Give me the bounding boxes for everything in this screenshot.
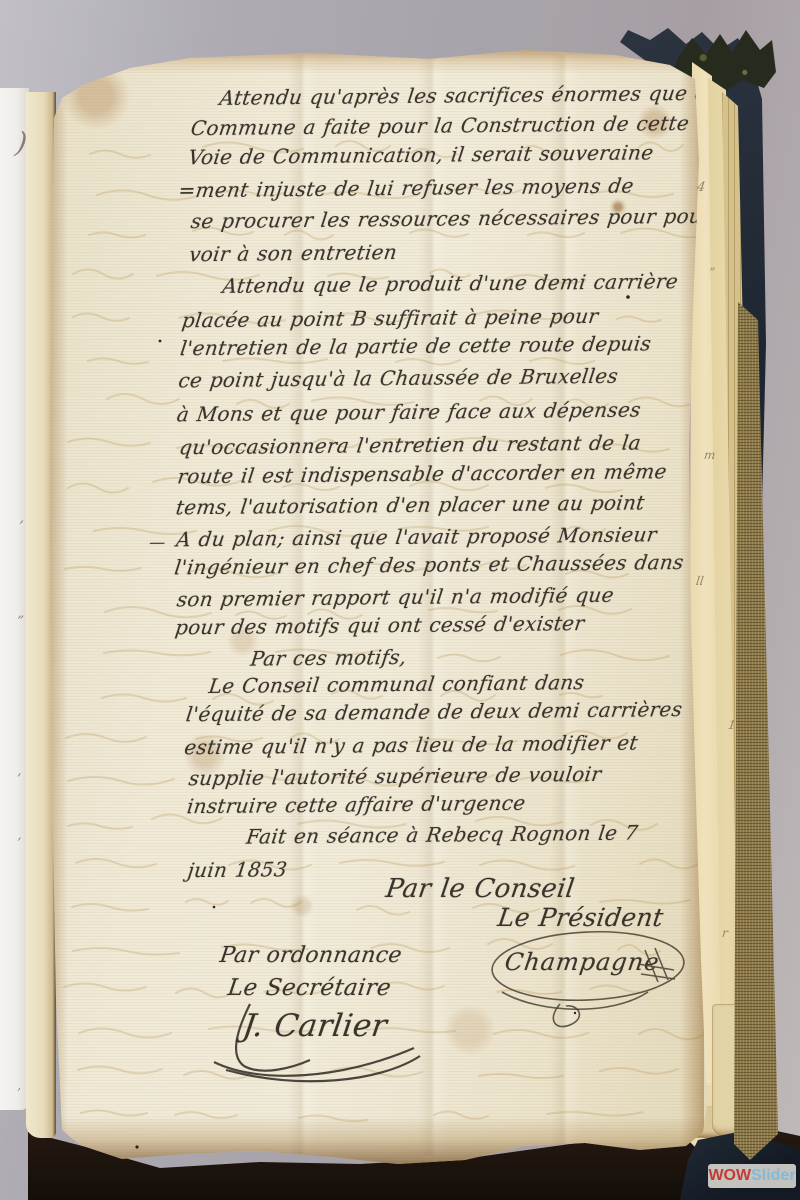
manuscript-line: se procurer les ressources nécessaires p… (189, 204, 713, 233)
watermark-wow-text: WOW (708, 1167, 751, 1185)
manuscript-line: instruire cette affaire d'urgence (186, 791, 528, 819)
manuscript-line: pour des motifs qui ont cessé d'exister (174, 611, 586, 639)
signature-secretary-name: J. Carlier (240, 1008, 389, 1044)
manuscript-line: =ment injuste de lui refuser les moyens … (177, 174, 635, 203)
manuscript-line: Commune a faite pour la Construction de … (189, 111, 690, 140)
sliver-ink-mark: , (17, 828, 23, 843)
manuscript-line: supplie l'autorité supérieure de vouloir (187, 762, 603, 790)
book-spine-burlap (734, 302, 782, 1166)
sliver-ink-mark: ) (14, 126, 30, 159)
manuscript-line: tems, l'autorisation d'en placer une au … (174, 490, 646, 519)
sliver-ink-mark: „ (17, 606, 26, 621)
manuscript-line: ce point jusqu'à la Chaussée de Bruxelle… (177, 364, 619, 393)
manuscript-line: estime qu'il n'y a pas lieu de la modifi… (183, 730, 639, 759)
sliver-ink-mark: , (19, 510, 26, 526)
sliver-ink-mark: ʼ (15, 1086, 21, 1100)
manuscript-line: juin 1853 (186, 857, 288, 882)
manuscript-line: son premier rapport qu'il n'a modifié qu… (175, 583, 615, 612)
closing-par-le-conseil: Par le Conseil (384, 874, 577, 904)
closing-le-president: Le Président (496, 903, 665, 932)
manuscript-line: Fait en séance à Rebecq Rognon le 7 (245, 821, 640, 849)
manuscript-line: placée au point B suffirait à peine pour (180, 304, 599, 332)
manuscript-line: Attendu qu'après les sacrifices énormes … (218, 80, 749, 110)
manuscript-line: l'ingénieur en chef des ponts et Chaussé… (173, 550, 685, 579)
manuscript-line: qu'occasionnera l'entretien du restant d… (178, 430, 643, 459)
manuscript-line: l'entretien de la partie de cette route … (179, 331, 653, 360)
wowslider-watermark[interactable]: WOWSlider (708, 1164, 796, 1188)
manuscript-line: l'équité de sa demande de deux demi carr… (185, 697, 684, 726)
manuscript-line: A du plan; ainsi que l'avait proposé Mon… (175, 522, 659, 551)
manuscript-line: Par ces motifs, (249, 645, 408, 671)
manuscript-line: Le Conseil communal confiant dans (207, 670, 586, 698)
closing-le-secretaire: Le Secrétaire (226, 975, 393, 1001)
sliver-ink-mark: ʼ (15, 772, 21, 787)
manuscript-page: Attendu qu'après les sacrifices énormes … (0, 0, 800, 1200)
signature-president-name: Champagne (503, 948, 662, 976)
manuscript-line: Voie de Communication, il serait souvera… (187, 140, 655, 169)
manuscript-line: voir à son entretien (188, 240, 399, 266)
photo-scene: ),„ʼ,ʼ Attendu qu'après les sacrifices é… (0, 0, 800, 1200)
manuscript-line: à Mons et que pour faire face aux dépens… (175, 397, 642, 426)
closing-par-ordonnance: Par ordonnance (218, 943, 403, 968)
manuscript-line: route il est indispensable d'accorder en… (176, 459, 668, 488)
manuscript-line: — (148, 532, 167, 551)
handwriting-layer: Attendu qu'après les sacrifices énormes … (0, 0, 800, 1200)
watermark-slider-text: Slider (751, 1167, 795, 1185)
manuscript-line: Attendu que le produit d'une demi carriè… (221, 269, 679, 298)
